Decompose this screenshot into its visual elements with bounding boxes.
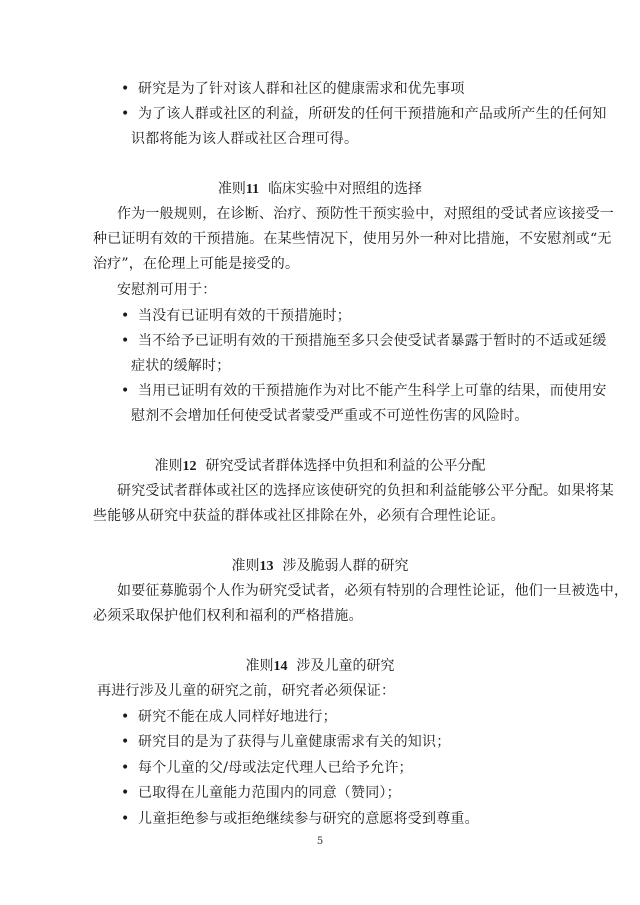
heading-number: 11 <box>246 182 259 197</box>
heading-label: 准则 <box>246 658 274 674</box>
paragraph-line: 些能够从研究中获益的群体或社区排除在外，必须有合理性论证。 <box>93 507 505 525</box>
bullet-text-continued: 症状的缓解时； <box>131 357 230 375</box>
placebo-intro: 安慰剂可用于： <box>117 281 216 299</box>
bullet-icon: • <box>121 332 129 350</box>
bullet-text: 当用已证明有效的干预措施作为对比不能产生科学上可靠的结果，而使用安 <box>138 382 607 400</box>
heading-label: 准则 <box>218 181 246 197</box>
paragraph-line: 作为一般规则，在诊断、治疗、预防性干预实验中，对照组的受试者应该接受一 <box>117 205 614 223</box>
bullet-icon: • <box>121 382 129 400</box>
bullet-text-continued: 识都将能为该人群或社区合理可得。 <box>131 130 358 148</box>
bullet-text-continued: 慰剂不会增加任何使受试者蒙受严重或不可逆性伤害的风险时。 <box>131 407 529 425</box>
heading-title: 研究受试者群体选择中负担和利益的公平分配 <box>205 458 485 474</box>
bullet-text: 研究目的是为了获得与儿童健康需求有关的知识； <box>138 733 450 751</box>
heading-number: 13 <box>260 559 274 574</box>
heading-title: 涉及儿童的研究 <box>296 658 394 674</box>
bullet-text: 已取得在儿童能力范围内的同意（赞同）； <box>138 784 401 802</box>
bullet-icon: • <box>121 733 129 751</box>
guideline-13-heading: 准则13 涉及脆弱人群的研究 <box>0 557 640 576</box>
paragraph-line: 种已证明有效的干预措施。在某些情况下，使用另外一种对比措施，不安慰剂或“无 <box>93 230 612 248</box>
bullet-icon: • <box>121 759 129 777</box>
bullet-text: 研究是为了针对该人群和社区的健康需求和优先事项 <box>138 80 465 98</box>
paragraph-line: 必须采取保护他们权利和福利的严格措施。 <box>93 607 363 625</box>
page-number: 5 <box>0 836 640 847</box>
bullet-text: 当没有已证明有效的干预措施时； <box>138 307 351 325</box>
heading-title: 临床实验中对照组的选择 <box>268 181 422 197</box>
heading-title: 涉及脆弱人群的研究 <box>282 558 408 574</box>
paragraph-line: 治疗”，在伦理上可能是接受的。 <box>93 255 299 273</box>
guideline-14-intro: 再进行涉及儿童的研究之前，研究者必须保证： <box>97 682 395 700</box>
bullet-text: 每个儿童的父/母或法定代理人已给予允许； <box>138 759 413 777</box>
bullet-icon: • <box>121 810 129 828</box>
heading-label: 准则 <box>155 458 183 474</box>
bullet-text: 儿童拒绝参与或拒绝继续参与研究的意愿将受到尊重。 <box>138 810 479 828</box>
guideline-11-heading: 准则11 临床实验中对照组的选择 <box>0 180 640 199</box>
bullet-text: 当不给予已证明有效的干预措施至多只会使受试者暴露于暂时的不适或延缓 <box>138 332 607 350</box>
guideline-14-heading: 准则14 涉及儿童的研究 <box>0 657 640 676</box>
heading-number: 14 <box>274 659 288 674</box>
bullet-icon: • <box>121 80 129 98</box>
heading-number: 12 <box>183 459 197 474</box>
bullet-text: 为了该人群或社区的利益，所研发的任何干预措施和产品或所产生的任何知 <box>138 105 607 123</box>
bullet-icon: • <box>121 784 129 802</box>
bullet-icon: • <box>121 105 129 123</box>
bullet-text: 研究不能在成人同样好地进行； <box>138 708 337 726</box>
heading-label: 准则 <box>232 558 260 574</box>
guideline-12-heading: 准则12 研究受试者群体选择中负担和利益的公平分配 <box>0 457 640 476</box>
bullet-icon: • <box>121 708 129 726</box>
paragraph-line: 研究受试者群体或社区的选择应该使研究的负担和利益能够公平分配。如果将某 <box>117 482 614 500</box>
paragraph-line: 如要征募脆弱个人作为研究受试者，必须有特别的合理性论证，他们一旦被选中， <box>117 582 628 600</box>
bullet-icon: • <box>121 307 129 325</box>
